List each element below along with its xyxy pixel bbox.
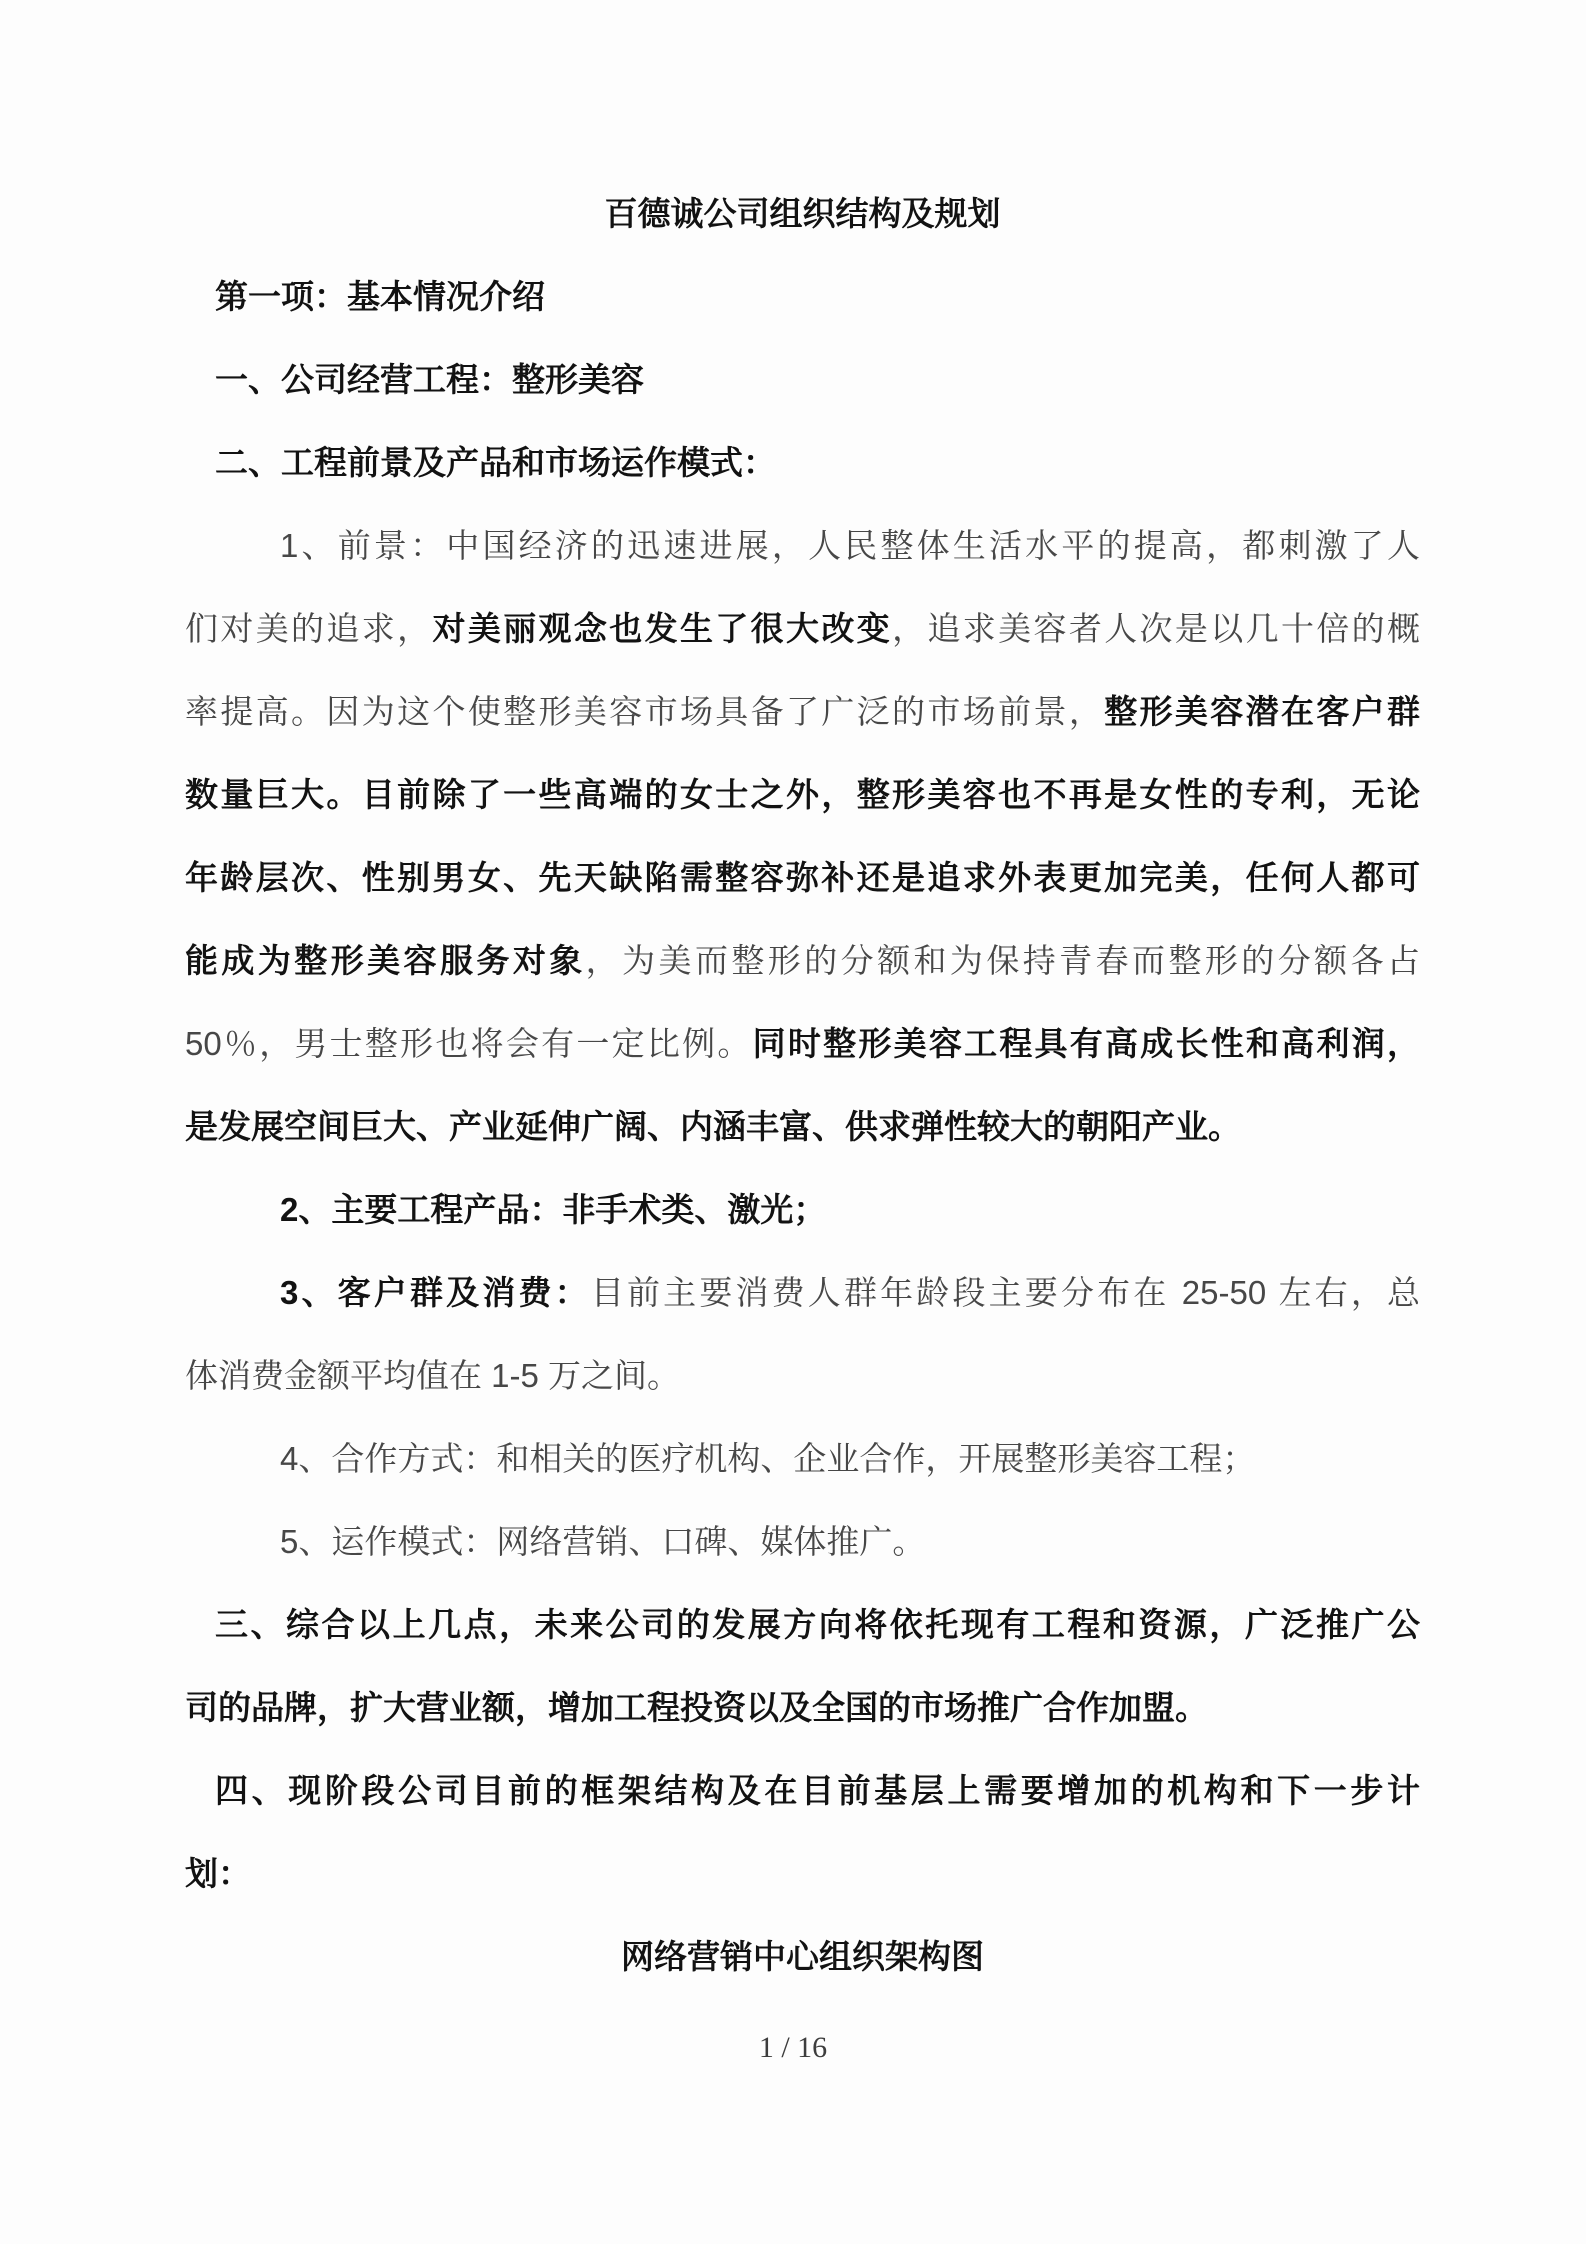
text-run: 体消费金额平均值在 1-5 万之间。 bbox=[185, 1357, 680, 1394]
text-line: 司的品牌，扩大营业额，增加工程投资以及全国的市场推广合作加盟。 bbox=[185, 1666, 1420, 1749]
text-line: 能成为整形美容服务对象，为美而整形的分额和为保持青春而整形的分额各占 bbox=[185, 919, 1420, 1002]
text-run: 划： bbox=[185, 1855, 251, 1892]
text-run: 能成为整形美容服务对象 bbox=[185, 942, 586, 979]
document-page: 百德诚公司组织结构及规划 第一项：基本情况介绍一、公司经营工程：整形美容二、工程… bbox=[0, 0, 1586, 2244]
text-line: 2、主要工程产品：非手术类、激光； bbox=[185, 1168, 1420, 1251]
text-line: 划： bbox=[185, 1832, 1420, 1915]
text-run: 司的品牌，扩大营业额，增加工程投资以及全国的市场推广合作加盟。 bbox=[185, 1689, 1208, 1726]
text-run: 网络营销中心组织架构图 bbox=[621, 1938, 984, 1975]
text-run: 50％，男士整形也将会有一定比例。 bbox=[185, 1025, 753, 1062]
text-line: 数量巨大。目前除了一些高端的女士之外，整形美容也不再是女性的专利，无论 bbox=[185, 753, 1420, 836]
text-line: 50％，男士整形也将会有一定比例。同时整形美容工程具有高成长性和高利润， bbox=[185, 1002, 1420, 1085]
text-run: 四、现阶段公司目前的框架结构及在目前基层上需要增加的机构和下一步计 bbox=[215, 1772, 1420, 1809]
text-line: 体消费金额平均值在 1-5 万之间。 bbox=[185, 1334, 1420, 1417]
text-line: 5、运作模式：网络营销、口碑、媒体推广。 bbox=[185, 1500, 1420, 1583]
text-run: 二、工程前景及产品和市场运作模式： bbox=[215, 444, 776, 481]
text-run: 1、前景：中国经济的迅速进展，人民整体生活水平的提高，都刺激了人 bbox=[280, 527, 1420, 564]
text-run: 率提高。因为这个使整形美容市场具备了广泛的市场前景， bbox=[185, 693, 1104, 730]
text-run: 整形美容潜在客户群 bbox=[1104, 693, 1420, 730]
text-run: ，为美而整形的分额和为保持青春而整形的分额各占 bbox=[586, 942, 1420, 979]
text-line: 3、客户群及消费：目前主要消费人群年龄段主要分布在 25-50 左右，总 bbox=[185, 1251, 1420, 1334]
text-line: 三、综合以上几点，未来公司的发展方向将依托现有工程和资源，广泛推广公 bbox=[185, 1583, 1420, 1666]
text-line: 们对美的追求，对美丽观念也发生了很大改变，追求美容者人次是以几十倍的概 bbox=[185, 587, 1420, 670]
text-run: 4、合作方式：和相关的医疗机构、企业合作，开展整形美容工程； bbox=[280, 1440, 1255, 1477]
text-line: 1、前景：中国经济的迅速进展，人民整体生活水平的提高，都刺激了人 bbox=[185, 504, 1420, 587]
text-run: 数量巨大。目前除了一些高端的女士之外，整形美容也不再是女性的专利，无论 bbox=[185, 776, 1420, 813]
text-line: 率提高。因为这个使整形美容市场具备了广泛的市场前景，整形美容潜在客户群 bbox=[185, 670, 1420, 753]
text-line: 是发展空间巨大、产业延伸广阔、内涵丰富、供求弹性较大的朝阳产业。 bbox=[185, 1085, 1420, 1168]
text-run: 同时整形美容工程具有高成长性和高利润， bbox=[753, 1025, 1420, 1062]
text-run: 2、主要工程产品：非手术类、激光； bbox=[280, 1191, 826, 1228]
text-run: ，追求美容者人次是以几十倍的概 bbox=[892, 610, 1420, 647]
text-run: 年龄层次、性别男女、先天缺陷需整容弥补还是追求外表更加完美，任何人都可 bbox=[185, 859, 1420, 896]
document-title: 百德诚公司组织结构及规划 bbox=[185, 172, 1420, 255]
page-number: 1 / 16 bbox=[0, 2028, 1586, 2068]
text-run: 第一项：基本情况介绍 bbox=[215, 278, 545, 315]
text-line: 第一项：基本情况介绍 bbox=[185, 255, 1420, 338]
text-run: 是发展空间巨大、产业延伸广阔、内涵丰富、供求弹性较大的朝阳产业。 bbox=[185, 1108, 1241, 1145]
text-run: 目前主要消费人群年龄段主要分布在 25-50 左右，总 bbox=[591, 1274, 1420, 1311]
text-line: 网络营销中心组织架构图 bbox=[185, 1915, 1420, 1998]
text-run: 对美丽观念也发生了很大改变 bbox=[432, 610, 892, 647]
text-line: 二、工程前景及产品和市场运作模式： bbox=[185, 421, 1420, 504]
text-run: 5、运作模式：网络营销、口碑、媒体推广。 bbox=[280, 1523, 925, 1560]
text-run: 3、客户群及消费： bbox=[280, 1274, 591, 1311]
text-line: 四、现阶段公司目前的框架结构及在目前基层上需要增加的机构和下一步计 bbox=[185, 1749, 1420, 1832]
document-body: 第一项：基本情况介绍一、公司经营工程：整形美容二、工程前景及产品和市场运作模式：… bbox=[185, 255, 1420, 1998]
text-run: 三、综合以上几点，未来公司的发展方向将依托现有工程和资源，广泛推广公 bbox=[215, 1606, 1420, 1643]
document-content: 百德诚公司组织结构及规划 第一项：基本情况介绍一、公司经营工程：整形美容二、工程… bbox=[185, 172, 1420, 1998]
text-line: 4、合作方式：和相关的医疗机构、企业合作，开展整形美容工程； bbox=[185, 1417, 1420, 1500]
text-line: 一、公司经营工程：整形美容 bbox=[185, 338, 1420, 421]
text-run: 们对美的追求， bbox=[185, 610, 432, 647]
text-line: 年龄层次、性别男女、先天缺陷需整容弥补还是追求外表更加完美，任何人都可 bbox=[185, 836, 1420, 919]
text-run: 一、公司经营工程：整形美容 bbox=[215, 361, 644, 398]
